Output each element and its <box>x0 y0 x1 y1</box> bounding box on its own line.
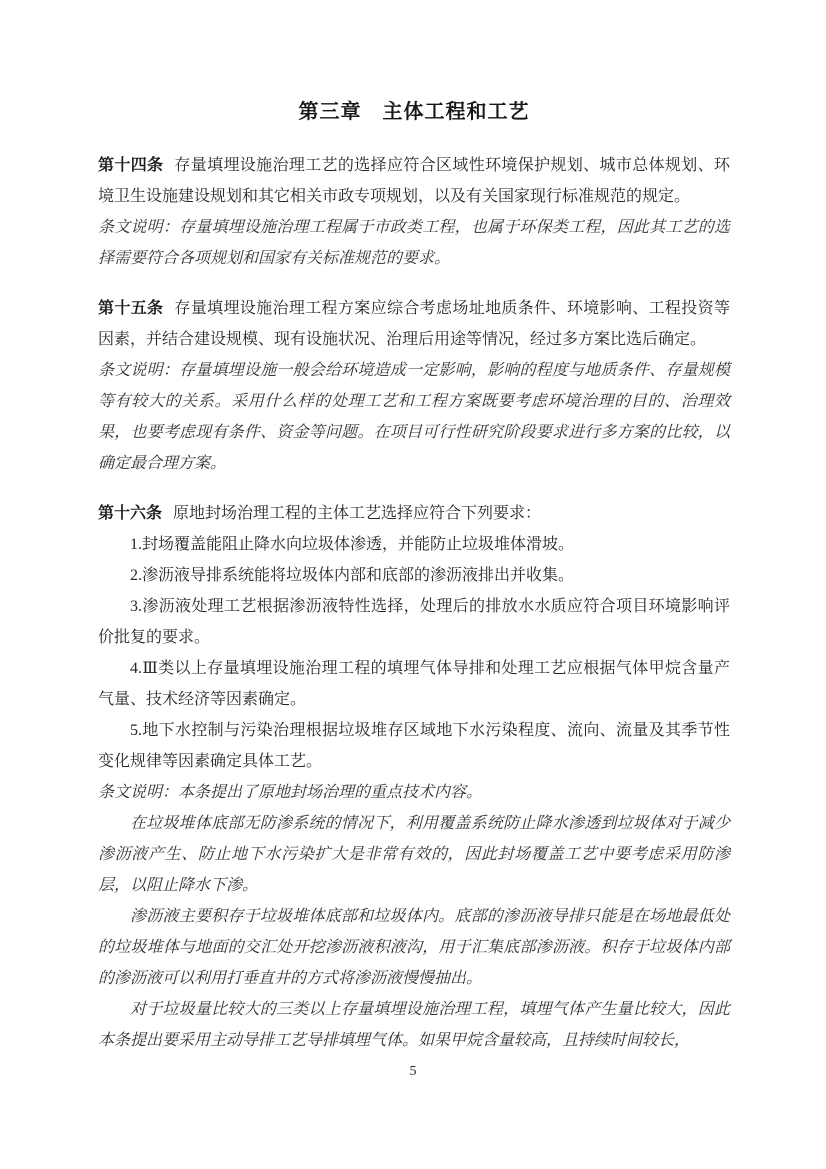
article-15-commentary: 条文说明：存量填埋设施一般会给环境造成一定影响，影响的程度与地质条件、存量规模等… <box>98 355 730 479</box>
page-number: 5 <box>0 1062 826 1082</box>
article-14-body: 存量填埋设施治理工艺的选择应符合区域性环境保护规划、城市总体规划、环境卫生设施建… <box>98 157 730 205</box>
article-16-item-5: 5.地下水控制与污染治理根据垃圾堆存区域地下水污染程度、流向、流量及其季节性变化… <box>98 715 730 777</box>
article-16-item-3: 3.渗沥液处理工艺根据渗沥液特性选择，处理后的排放水水质应符合项目环境影响评价批… <box>98 591 730 653</box>
article-16-item-4: 4.Ⅲ类以上存量填埋设施治理工程的填埋气体导排和处理工艺应根据气体甲烷含量产气量… <box>98 653 730 715</box>
article-14-section: 第十四条存量填埋设施治理工艺的选择应符合区域性环境保护规划、城市总体规划、环境卫… <box>98 150 730 274</box>
document-page: 第三章 主体工程和工艺 第十四条存量填埋设施治理工艺的选择应符合区域性环境保护规… <box>0 0 826 1169</box>
article-14-label: 第十四条 <box>98 157 163 174</box>
article-14-commentary: 条文说明：存量填埋设施治理工程属于市政类工程，也属于环保类工程，因此其工艺的选择… <box>98 212 730 274</box>
chapter-title: 第三章 主体工程和工艺 <box>98 98 730 126</box>
article-16-section: 第十六条原地封场治理工程的主体工艺选择应符合下列要求： 1.封场覆盖能阻止降水向… <box>98 498 730 1056</box>
article-15-section: 第十五条存量填埋设施治理工程方案应综合考虑场址地质条件、环境影响、工程投资等因素… <box>98 293 730 479</box>
article-16-label: 第十六条 <box>98 505 162 522</box>
article-15-body: 存量填埋设施治理工程方案应综合考虑场址地质条件、环境影响、工程投资等因素，并结合… <box>98 300 730 348</box>
article-16-body: 原地封场治理工程的主体工艺选择应符合下列要求： <box>173 505 541 522</box>
article-16-item-2: 2.渗沥液导排系统能将垃圾体内部和底部的渗沥液排出并收集。 <box>98 560 730 591</box>
article-16-commentary-intro: 条文说明：本条提出了原地封场治理的重点技术内容。 <box>98 777 730 808</box>
article-15-paragraph: 第十五条存量填埋设施治理工程方案应综合考虑场址地质条件、环境影响、工程投资等因素… <box>98 293 730 355</box>
article-16-commentary-paragraph-3: 对于垃圾量比较大的三类以上存量填埋设施治理工程，填埋气体产生量比较大，因此本条提… <box>98 994 730 1056</box>
article-16-commentary-paragraph-2: 渗沥液主要积存于垃圾堆体底部和垃圾体内。底部的渗沥液导排只能是在场地最低处的垃圾… <box>98 901 730 994</box>
article-14-paragraph: 第十四条存量填埋设施治理工艺的选择应符合区域性环境保护规划、城市总体规划、环境卫… <box>98 150 730 212</box>
page-content: 第三章 主体工程和工艺 第十四条存量填埋设施治理工艺的选择应符合区域性环境保护规… <box>98 98 730 1056</box>
article-16-paragraph: 第十六条原地封场治理工程的主体工艺选择应符合下列要求： <box>98 498 730 529</box>
article-16-commentary-paragraph-1: 在垃圾堆体底部无防渗系统的情况下，利用覆盖系统防止降水渗透到垃圾体对于减少渗沥液… <box>98 808 730 901</box>
article-16-item-1: 1.封场覆盖能阻止降水向垃圾体渗透，并能防止垃圾堆体滑坡。 <box>98 529 730 560</box>
article-15-label: 第十五条 <box>98 300 163 317</box>
